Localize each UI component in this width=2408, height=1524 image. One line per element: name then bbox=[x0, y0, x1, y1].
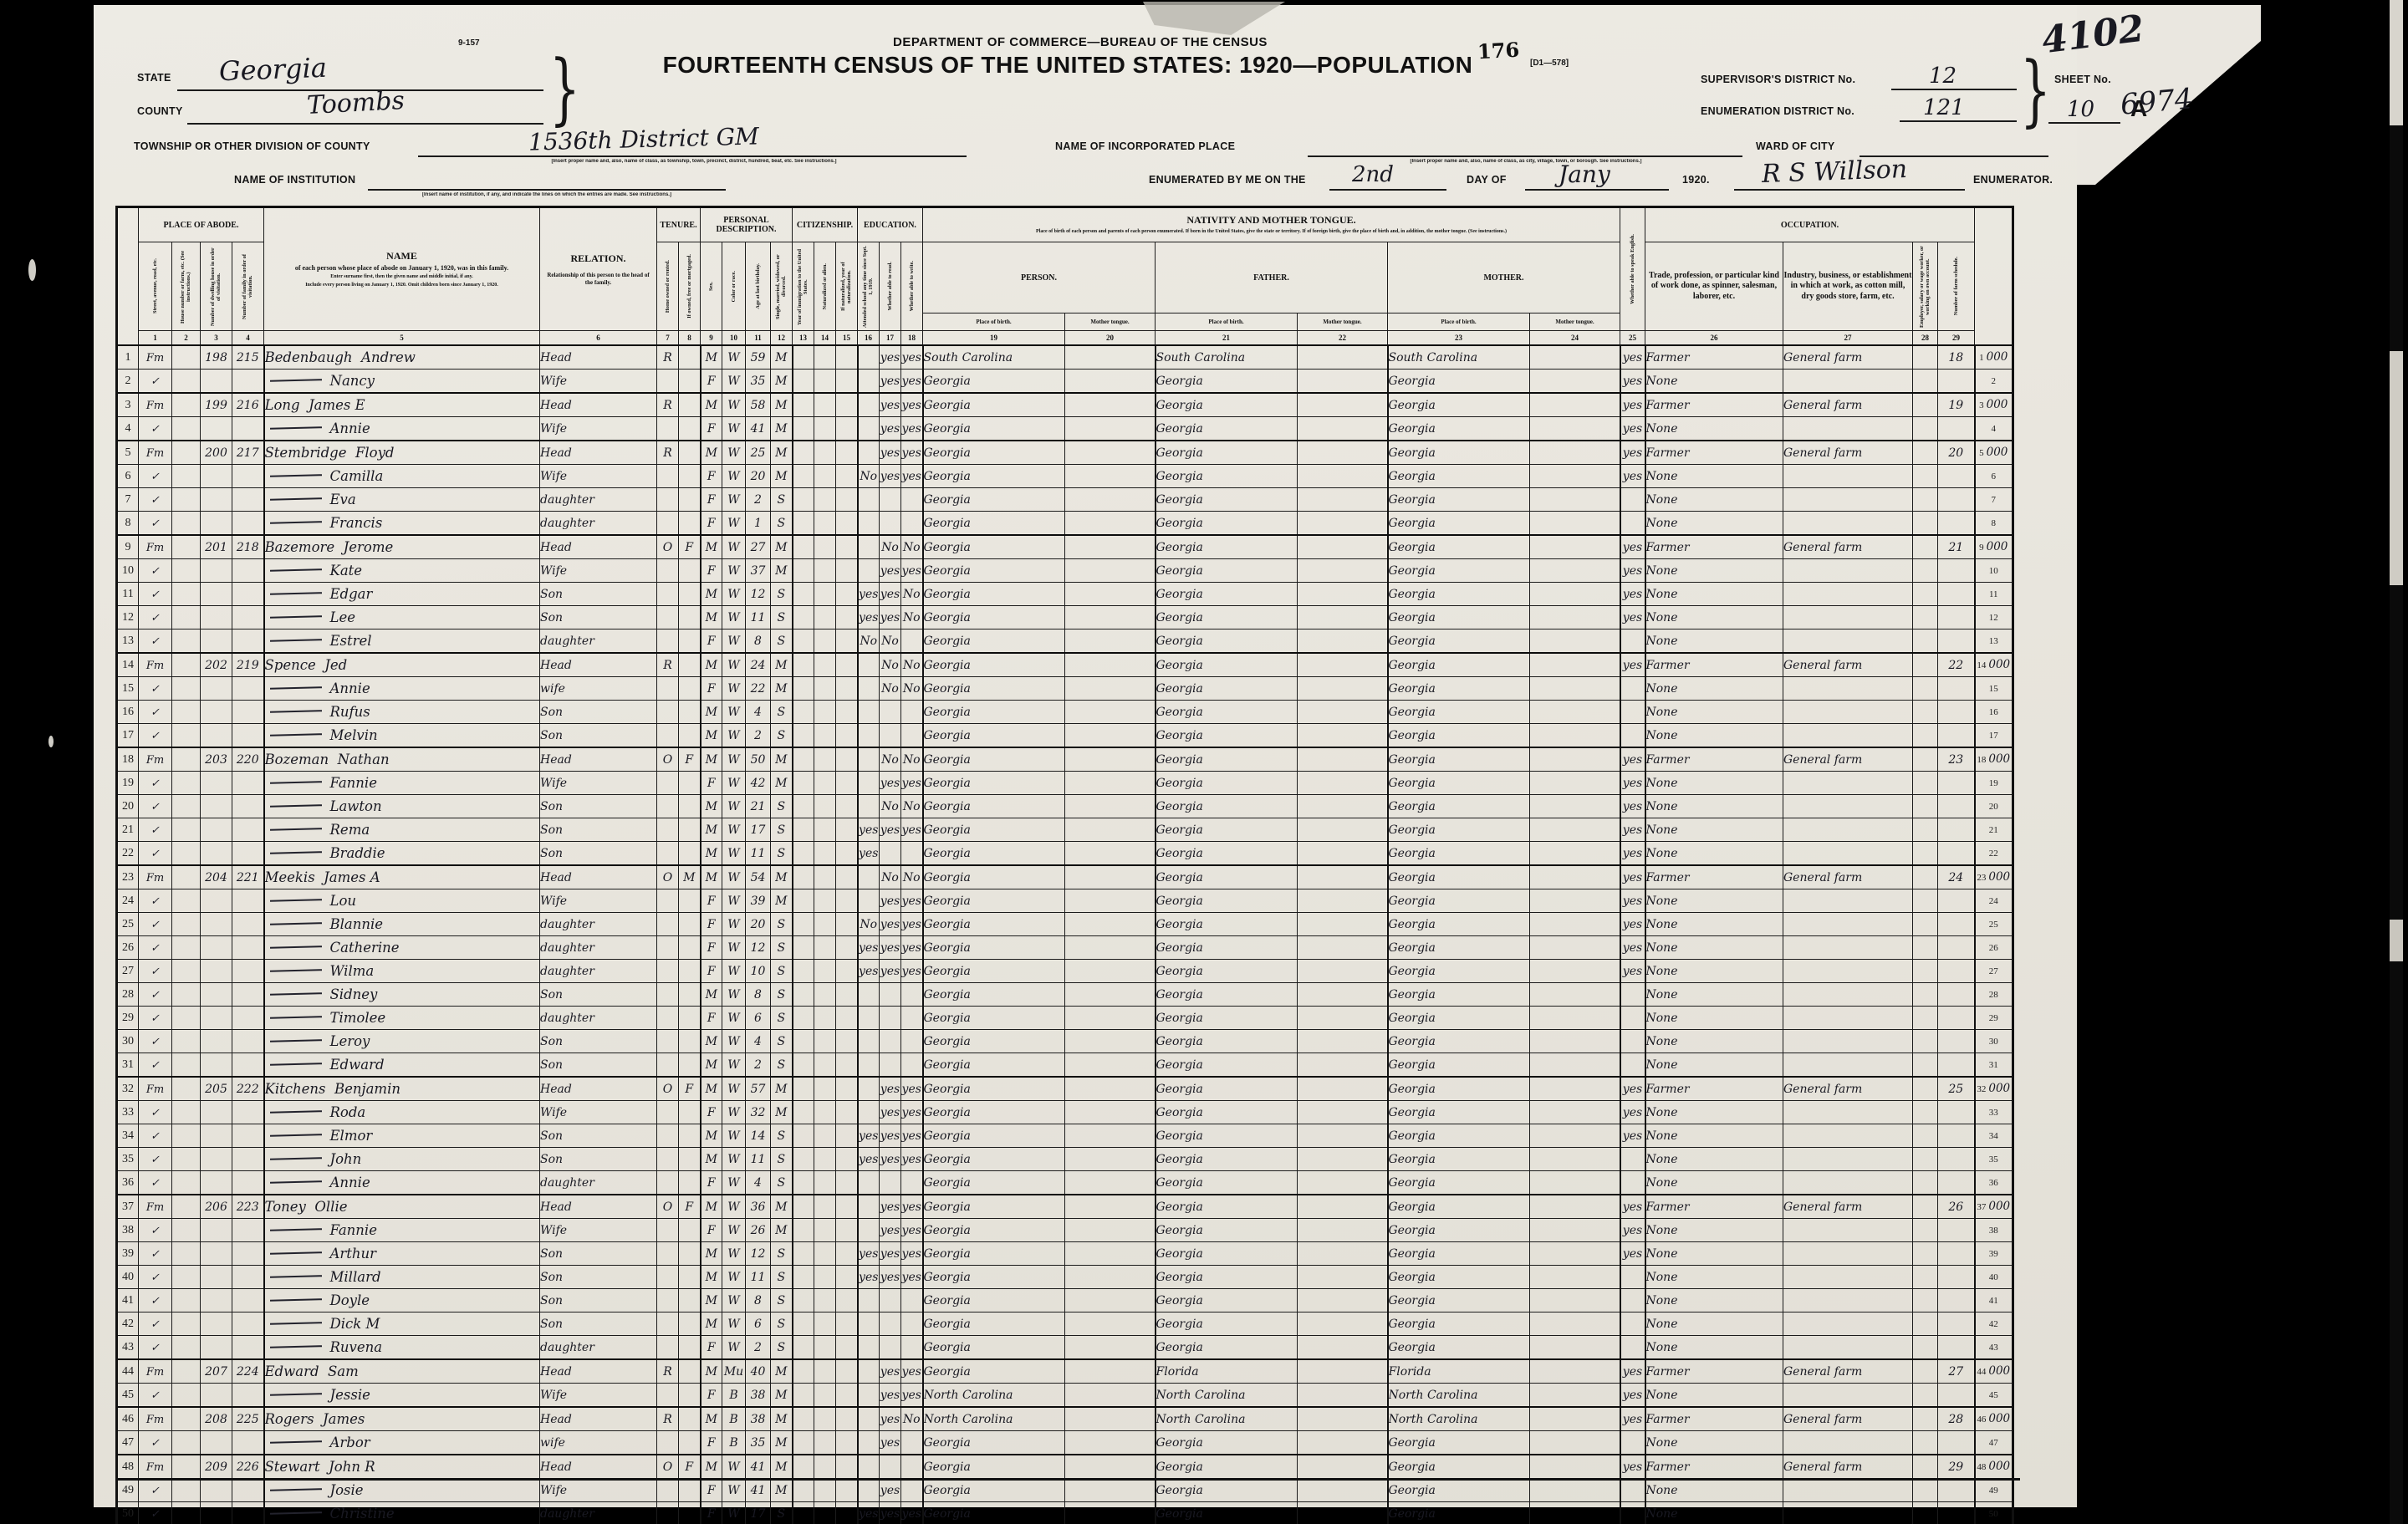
name-title: NAME bbox=[264, 250, 539, 262]
attended-school bbox=[858, 1030, 880, 1053]
naturalization-year bbox=[836, 701, 858, 724]
dwelling-number bbox=[201, 1007, 232, 1030]
employer-class bbox=[1913, 1077, 1938, 1101]
colnum-27: 27 bbox=[1783, 331, 1913, 346]
sex-value: M bbox=[701, 1124, 722, 1148]
able-read bbox=[880, 1030, 901, 1053]
industry-value bbox=[1783, 818, 1913, 842]
mother-mother-tongue bbox=[1530, 488, 1620, 512]
photo-speck bbox=[48, 736, 54, 747]
mother-mother-tongue bbox=[1530, 441, 1620, 465]
employer-class bbox=[1913, 583, 1938, 606]
abode-house-number bbox=[172, 653, 201, 677]
speak-english: yes bbox=[1620, 559, 1645, 583]
person-name: Timolee bbox=[264, 1007, 540, 1030]
mother-birthplace: Georgia bbox=[1388, 393, 1530, 417]
mother-mother-tongue bbox=[1530, 1030, 1620, 1053]
mother-mother-tongue bbox=[1530, 465, 1620, 488]
marital-value: S bbox=[771, 1171, 793, 1195]
farm-schedule-number bbox=[1938, 889, 1975, 913]
person-name: Toney Ollie bbox=[264, 1195, 540, 1219]
able-read bbox=[880, 1455, 901, 1479]
person-mother-tongue bbox=[1065, 960, 1156, 983]
person-mother-tongue bbox=[1065, 677, 1156, 701]
marital-value: S bbox=[771, 818, 793, 842]
father-birthplace: North Carolina bbox=[1156, 1407, 1298, 1431]
abode-street: ✓ bbox=[139, 724, 172, 748]
sex-value: M bbox=[701, 1077, 722, 1101]
farm-schedule-number: 23 bbox=[1938, 747, 1975, 772]
abode-house-number bbox=[172, 393, 201, 417]
naturalized bbox=[814, 417, 836, 441]
immigration-year bbox=[793, 1266, 814, 1289]
industry-value bbox=[1783, 370, 1913, 394]
farm-schedule-number: 19 bbox=[1938, 393, 1975, 417]
naturalized bbox=[814, 889, 836, 913]
dwelling-number bbox=[201, 1053, 232, 1078]
person-row-22: 22✓BraddieSonMW11SyesGeorgiaGeorgiaGeorg… bbox=[117, 842, 2013, 866]
occupation-value: None bbox=[1645, 1171, 1783, 1195]
person-name: Lee bbox=[264, 606, 540, 629]
employer-class bbox=[1913, 913, 1938, 936]
age-value: 1 bbox=[746, 512, 771, 536]
able-read: yes bbox=[880, 1502, 901, 1524]
father-birthplace: Georgia bbox=[1156, 701, 1298, 724]
person-mother-tongue bbox=[1065, 795, 1156, 818]
naturalization-year bbox=[836, 913, 858, 936]
immigration-year bbox=[793, 1148, 814, 1171]
person-mother-tongue bbox=[1065, 417, 1156, 441]
naturalization-year bbox=[836, 936, 858, 960]
abode-house-number bbox=[172, 1101, 201, 1124]
age-value: 26 bbox=[746, 1219, 771, 1242]
enum-district-line bbox=[1900, 120, 2017, 122]
person-mother-tongue bbox=[1065, 1384, 1156, 1408]
speak-english bbox=[1620, 724, 1645, 748]
able-read: yes bbox=[880, 1195, 901, 1219]
occupation-value: None bbox=[1645, 1148, 1783, 1171]
abode-street: ✓ bbox=[139, 1384, 172, 1408]
marital-value: M bbox=[771, 1455, 793, 1479]
mother-mother-tongue bbox=[1530, 677, 1620, 701]
row-number-left: 15 bbox=[117, 677, 139, 701]
father-mother-tongue bbox=[1298, 701, 1388, 724]
family-number: 223 bbox=[232, 1195, 264, 1219]
color-race-value: W bbox=[722, 583, 746, 606]
person-mother-tongue bbox=[1065, 1312, 1156, 1336]
immigration-year bbox=[793, 1124, 814, 1148]
mother-mother-tongue bbox=[1530, 1077, 1620, 1101]
attended-school: yes bbox=[858, 1124, 880, 1148]
person-row-11: 11✓EdgarSonMW12SyesyesNoGeorgiaGeorgiaGe… bbox=[117, 583, 2013, 606]
sex-value: M bbox=[701, 842, 722, 866]
person-name: Meekis James A bbox=[264, 865, 540, 889]
relation-value: Son bbox=[540, 1289, 657, 1312]
color-race-value: W bbox=[722, 1502, 746, 1524]
color-race-value: W bbox=[722, 1242, 746, 1266]
able-read: yes bbox=[880, 1407, 901, 1431]
person-mother-tongue bbox=[1065, 772, 1156, 795]
father-mother-tongue bbox=[1298, 1336, 1388, 1360]
abode-street: ✓ bbox=[139, 842, 172, 866]
father-birthplace: Georgia bbox=[1156, 1455, 1298, 1479]
sex-value: F bbox=[701, 889, 722, 913]
employer-class bbox=[1913, 417, 1938, 441]
naturalized bbox=[814, 1148, 836, 1171]
naturalization-year bbox=[836, 1431, 858, 1455]
colnum-15: 15 bbox=[836, 331, 858, 346]
able-read: yes bbox=[880, 393, 901, 417]
mother-mother-tongue bbox=[1530, 983, 1620, 1007]
industry-value bbox=[1783, 1030, 1913, 1053]
person-mother-tongue bbox=[1065, 441, 1156, 465]
employer-class bbox=[1913, 535, 1938, 559]
occupation-value: None bbox=[1645, 818, 1783, 842]
employer-class bbox=[1913, 1053, 1938, 1078]
relation-value: Head bbox=[540, 653, 657, 677]
dwelling-number bbox=[201, 1312, 232, 1336]
father-birthplace: Georgia bbox=[1156, 606, 1298, 629]
person-row-13: 13✓EstreldaughterFW8SNoNoGeorgiaGeorgiaG… bbox=[117, 629, 2013, 654]
color-race-value: Mu bbox=[722, 1359, 746, 1384]
abode-house-number bbox=[172, 1030, 201, 1053]
father-mother-tongue bbox=[1298, 936, 1388, 960]
colnum-26: 26 bbox=[1645, 331, 1783, 346]
relation-value: Head bbox=[540, 393, 657, 417]
row-number-left: 18 bbox=[117, 747, 139, 772]
mother-birthplace: South Carolina bbox=[1388, 345, 1530, 370]
color-race-value: W bbox=[722, 417, 746, 441]
tenure-owned-rented bbox=[657, 818, 679, 842]
immigration-year bbox=[793, 1502, 814, 1524]
speak-english: yes bbox=[1620, 772, 1645, 795]
naturalized bbox=[814, 1053, 836, 1078]
industry-value bbox=[1783, 724, 1913, 748]
naturalized bbox=[814, 701, 836, 724]
person-row-18: 18Fm203220Bozeman NathanHeadOFMW50MNoNoG… bbox=[117, 747, 2013, 772]
subgroup-mother: MOTHER. bbox=[1388, 242, 1620, 313]
dwelling-number bbox=[201, 724, 232, 748]
supervisor-line bbox=[1891, 89, 2017, 90]
row-number-left: 7 bbox=[117, 488, 139, 512]
able-write: yes bbox=[901, 818, 923, 842]
abode-house-number bbox=[172, 1242, 201, 1266]
row-number-right: 22 bbox=[1975, 842, 2013, 866]
marital-value: S bbox=[771, 701, 793, 724]
mother-birthplace: Georgia bbox=[1388, 488, 1530, 512]
person-name: Annie bbox=[264, 417, 540, 441]
employer-class bbox=[1913, 1030, 1938, 1053]
abode-house-number bbox=[172, 747, 201, 772]
speak-english bbox=[1620, 1171, 1645, 1195]
person-row-28: 28✓SidneySonMW8SGeorgiaGeorgiaGeorgiaNon… bbox=[117, 983, 2013, 1007]
person-birthplace: Georgia bbox=[923, 1007, 1065, 1030]
immigration-year bbox=[793, 1195, 814, 1219]
occupation-value: None bbox=[1645, 606, 1783, 629]
father-mother-tongue bbox=[1298, 370, 1388, 394]
person-name: Roda bbox=[264, 1101, 540, 1124]
industry-value bbox=[1783, 677, 1913, 701]
naturalization-year bbox=[836, 1455, 858, 1479]
tenure-owned-rented: O bbox=[657, 1195, 679, 1219]
age-value: 8 bbox=[746, 629, 771, 654]
age-value: 17 bbox=[746, 1502, 771, 1524]
age-value: 50 bbox=[746, 747, 771, 772]
employer-class bbox=[1913, 1359, 1938, 1384]
abode-house-number bbox=[172, 1384, 201, 1408]
age-value: 2 bbox=[746, 724, 771, 748]
person-mother-tongue bbox=[1065, 1359, 1156, 1384]
person-row-39: 39✓ArthurSonMW12SyesyesyesGeorgiaGeorgia… bbox=[117, 1242, 2013, 1266]
dwelling-number bbox=[201, 370, 232, 394]
able-write: yes bbox=[901, 1384, 923, 1408]
mother-mother-tongue bbox=[1530, 889, 1620, 913]
mother-birthplace: Georgia bbox=[1388, 747, 1530, 772]
father-mother-tongue bbox=[1298, 818, 1388, 842]
occupation-value: Farmer bbox=[1645, 1077, 1783, 1101]
father-birthplace: Georgia bbox=[1156, 1053, 1298, 1078]
naturalization-year bbox=[836, 772, 858, 795]
father-mother-tongue bbox=[1298, 1431, 1388, 1455]
row-number-right: 41 bbox=[1975, 1289, 2013, 1312]
speak-english: yes bbox=[1620, 1219, 1645, 1242]
abode-house-number bbox=[172, 842, 201, 866]
immigration-year bbox=[793, 1101, 814, 1124]
color-race-value: W bbox=[722, 1124, 746, 1148]
colnum-24: 24 bbox=[1530, 331, 1620, 346]
mother-mother-tongue bbox=[1530, 1312, 1620, 1336]
person-birthplace: Georgia bbox=[923, 795, 1065, 818]
employer-class bbox=[1913, 1502, 1938, 1524]
father-birthplace: North Carolina bbox=[1156, 1384, 1298, 1408]
person-name: Catherine bbox=[264, 936, 540, 960]
scan-edge-sliver bbox=[2390, 0, 2403, 1524]
naturalized bbox=[814, 983, 836, 1007]
speak-english bbox=[1620, 1007, 1645, 1030]
able-read: yes bbox=[880, 345, 901, 370]
person-birthplace: Georgia bbox=[923, 889, 1065, 913]
naturalization-year bbox=[836, 559, 858, 583]
person-mother-tongue bbox=[1065, 724, 1156, 748]
able-write: yes bbox=[901, 393, 923, 417]
dwelling-number bbox=[201, 1148, 232, 1171]
father-birthplace: Georgia bbox=[1156, 1195, 1298, 1219]
form-code-right: [D1—578] bbox=[1530, 59, 1569, 68]
industry-value: General farm bbox=[1783, 865, 1913, 889]
supervisor-value: 12 bbox=[1929, 64, 1956, 89]
mother-mother-tongue bbox=[1530, 795, 1620, 818]
farm-schedule-number bbox=[1938, 629, 1975, 654]
mother-mother-tongue bbox=[1530, 1407, 1620, 1431]
mother-mother-tongue bbox=[1530, 1266, 1620, 1289]
able-read bbox=[880, 842, 901, 866]
family-number: 224 bbox=[232, 1359, 264, 1384]
farm-schedule-number: 18 bbox=[1938, 345, 1975, 370]
row-number-right: 27 bbox=[1975, 960, 2013, 983]
mother-mother-tongue bbox=[1530, 1502, 1620, 1524]
family-number bbox=[232, 1289, 264, 1312]
relation-value: daughter bbox=[540, 1336, 657, 1360]
row-number-left: 39 bbox=[117, 1242, 139, 1266]
father-birthplace: Georgia bbox=[1156, 1148, 1298, 1171]
colnum-3: 3 bbox=[201, 331, 232, 346]
able-read: yes bbox=[880, 913, 901, 936]
father-birthplace: Georgia bbox=[1156, 1007, 1298, 1030]
person-row-7: 7✓EvadaughterFW2SGeorgiaGeorgiaGeorgiaNo… bbox=[117, 488, 2013, 512]
color-race-value: B bbox=[722, 1431, 746, 1455]
naturalized bbox=[814, 345, 836, 370]
immigration-year bbox=[793, 1030, 814, 1053]
occupation-value: Farmer bbox=[1645, 535, 1783, 559]
enumerated-year: 1920. bbox=[1682, 174, 1710, 186]
family-number bbox=[232, 370, 264, 394]
family-number bbox=[232, 1242, 264, 1266]
marital-value: S bbox=[771, 1266, 793, 1289]
abode-street: Fm bbox=[139, 535, 172, 559]
speak-english bbox=[1620, 1502, 1645, 1524]
able-read: yes bbox=[880, 818, 901, 842]
mother-birthplace: Georgia bbox=[1388, 1242, 1530, 1266]
colnum-9: 9 bbox=[701, 331, 722, 346]
person-birthplace: Georgia bbox=[923, 512, 1065, 536]
mother-mother-tongue bbox=[1530, 1148, 1620, 1171]
tenure-free-mortgaged bbox=[679, 960, 701, 983]
able-read: No bbox=[880, 865, 901, 889]
person-row-10: 10✓KateWifeFW37MyesyesGeorgiaGeorgiaGeor… bbox=[117, 559, 2013, 583]
relation-value: Son bbox=[540, 1242, 657, 1266]
marital-value: M bbox=[771, 1101, 793, 1124]
able-write bbox=[901, 1171, 923, 1195]
family-number: 225 bbox=[232, 1407, 264, 1431]
able-write bbox=[901, 701, 923, 724]
color-race-value: W bbox=[722, 1171, 746, 1195]
person-name: Spence Jed bbox=[264, 653, 540, 677]
person-name: Ruvena bbox=[264, 1336, 540, 1360]
tenure-free-mortgaged bbox=[679, 772, 701, 795]
marital-value: M bbox=[771, 747, 793, 772]
colnum-22: 22 bbox=[1298, 331, 1388, 346]
marital-value: S bbox=[771, 629, 793, 654]
industry-value bbox=[1783, 1007, 1913, 1030]
tenure-owned-rented bbox=[657, 1007, 679, 1030]
immigration-year bbox=[793, 1336, 814, 1360]
family-number bbox=[232, 1312, 264, 1336]
employer-class bbox=[1913, 465, 1938, 488]
immigration-year bbox=[793, 629, 814, 654]
attended-school bbox=[858, 677, 880, 701]
sex-value: F bbox=[701, 465, 722, 488]
marital-value: M bbox=[771, 1384, 793, 1408]
attended-school bbox=[858, 701, 880, 724]
sex-value: M bbox=[701, 441, 722, 465]
father-mother-tongue bbox=[1298, 1289, 1388, 1312]
person-name: Arbor bbox=[264, 1431, 540, 1455]
tenure-free-mortgaged bbox=[679, 465, 701, 488]
industry-value bbox=[1783, 913, 1913, 936]
subgroup-person: PERSON. bbox=[923, 242, 1156, 313]
naturalized bbox=[814, 747, 836, 772]
tenure-free-mortgaged bbox=[679, 795, 701, 818]
naturalization-year bbox=[836, 370, 858, 394]
person-row-17: 17✓MelvinSonMW2SGeorgiaGeorgiaGeorgiaNon… bbox=[117, 724, 2013, 748]
marital-value: S bbox=[771, 1502, 793, 1524]
person-name: Bozeman Nathan bbox=[264, 747, 540, 772]
row-number-left: 6 bbox=[117, 465, 139, 488]
occupation-value: None bbox=[1645, 1384, 1783, 1408]
father-mother-tongue bbox=[1298, 1359, 1388, 1384]
relation-title: RELATION. bbox=[540, 252, 656, 265]
tenure-free-mortgaged bbox=[679, 441, 701, 465]
tenure-free-mortgaged bbox=[679, 1007, 701, 1030]
mother-birthplace: Georgia bbox=[1388, 417, 1530, 441]
abode-house-number bbox=[172, 701, 201, 724]
sex-value: F bbox=[701, 512, 722, 536]
employer-class bbox=[1913, 1384, 1938, 1408]
relation-value: daughter bbox=[540, 960, 657, 983]
row-number-left: 8 bbox=[117, 512, 139, 536]
occupation-value: None bbox=[1645, 1242, 1783, 1266]
able-read bbox=[880, 488, 901, 512]
sex-value: M bbox=[701, 1407, 722, 1431]
row-number-left: 19 bbox=[117, 772, 139, 795]
father-mother-tongue bbox=[1298, 1242, 1388, 1266]
immigration-year bbox=[793, 417, 814, 441]
tenure-free-mortgaged bbox=[679, 1124, 701, 1148]
institution-note: [Insert name of institution, if any, and… bbox=[375, 192, 719, 197]
tenure-free-mortgaged bbox=[679, 724, 701, 748]
father-birthplace: Georgia bbox=[1156, 1101, 1298, 1124]
person-row-34: 34✓ElmorSonMW14SyesyesyesGeorgiaGeorgiaG… bbox=[117, 1124, 2013, 1148]
father-mother-tongue bbox=[1298, 535, 1388, 559]
row-number-right: 31 bbox=[1975, 1053, 2013, 1078]
father-mother-tongue bbox=[1298, 629, 1388, 654]
col-farm-schedule: Number of farm schedule. bbox=[1938, 242, 1975, 331]
father-birthplace: Georgia bbox=[1156, 677, 1298, 701]
naturalized bbox=[814, 393, 836, 417]
dwelling-number bbox=[201, 1266, 232, 1289]
col-owned-rented: Home owned or rented. bbox=[657, 242, 679, 331]
tenure-owned-rented: R bbox=[657, 1359, 679, 1384]
age-value: 6 bbox=[746, 1007, 771, 1030]
farm-schedule-number bbox=[1938, 818, 1975, 842]
attended-school bbox=[858, 417, 880, 441]
naturalization-year bbox=[836, 1502, 858, 1524]
abode-street: ✓ bbox=[139, 370, 172, 394]
sex-value: M bbox=[701, 606, 722, 629]
mother-mother-tongue bbox=[1530, 818, 1620, 842]
speak-english bbox=[1620, 1289, 1645, 1312]
tenure-owned-rented bbox=[657, 465, 679, 488]
tenure-owned-rented bbox=[657, 1148, 679, 1171]
occupation-value: None bbox=[1645, 1266, 1783, 1289]
employer-class bbox=[1913, 960, 1938, 983]
person-row-6: 6✓CamillaWifeFW20MNoyesyesGeorgiaGeorgia… bbox=[117, 465, 2013, 488]
able-write: No bbox=[901, 535, 923, 559]
able-write: yes bbox=[901, 345, 923, 370]
father-mother-tongue bbox=[1298, 512, 1388, 536]
tenure-owned-rented bbox=[657, 370, 679, 394]
naturalization-year bbox=[836, 747, 858, 772]
census-sheet: STATE Georgia COUNTY Toombs } 9-157 DEPA… bbox=[94, 5, 2077, 1507]
row-number-right: 48000 bbox=[1975, 1455, 2013, 1479]
speak-english bbox=[1620, 1336, 1645, 1360]
row-number-right: 34 bbox=[1975, 1124, 2013, 1148]
father-mother-tongue bbox=[1298, 1124, 1388, 1148]
mother-mother-tongue bbox=[1530, 1101, 1620, 1124]
abode-house-number bbox=[172, 1455, 201, 1479]
family-number: 216 bbox=[232, 393, 264, 417]
state-field: STATE bbox=[137, 70, 171, 85]
